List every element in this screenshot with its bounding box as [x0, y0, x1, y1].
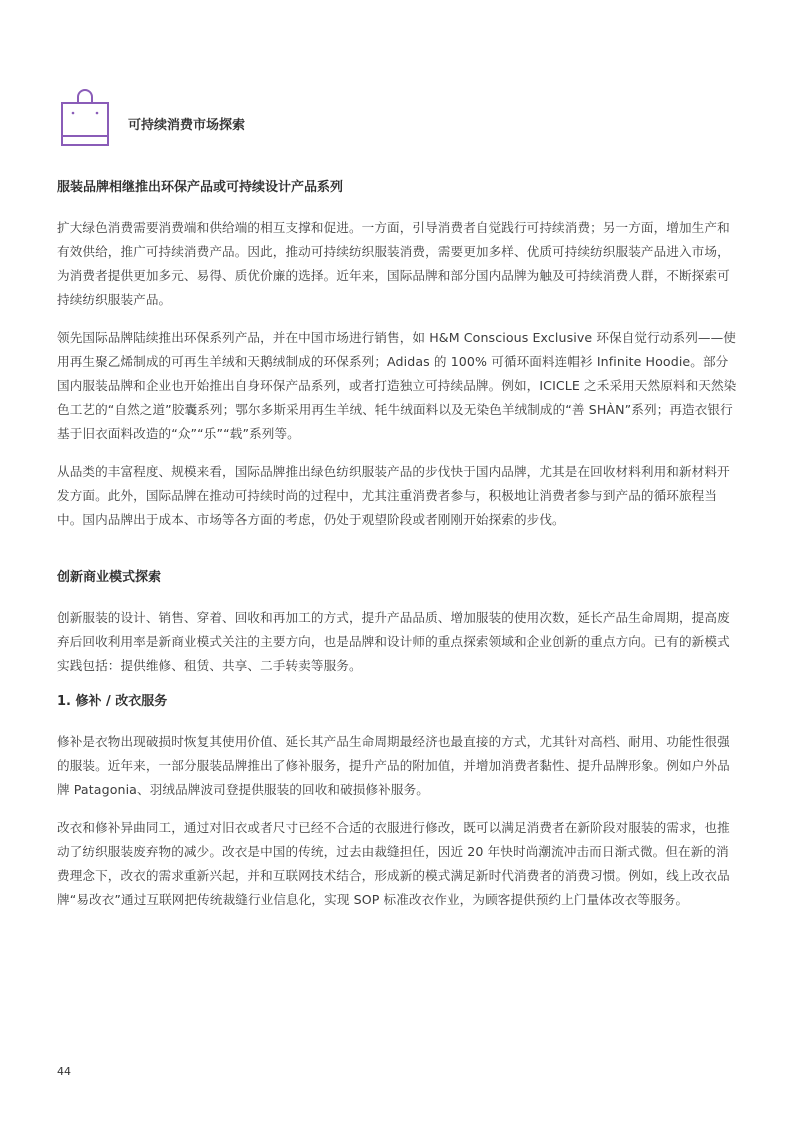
- shopping-bag-icon: [60, 85, 110, 147]
- paragraph: 修补是衣物出现破损时恢复其使用价值、延长其产品生命周期最经济也最直接的方式，尤其…: [57, 730, 737, 802]
- document-page: 可持续消费市场探索 服装品牌相继推出环保产品或可持续设计产品系列 扩大绿色消费需…: [0, 0, 793, 1122]
- paragraph: 创新服装的设计、销售、穿着、回收和再加工的方式，提升产品品质、增加服装的使用次数…: [57, 606, 737, 678]
- paragraph: 领先国际品牌陆续推出环保系列产品，并在中国市场进行销售，如 H&M Consci…: [57, 326, 737, 446]
- section-title-business-models: 创新商业模式探索: [57, 566, 737, 590]
- paragraph: 从品类的丰富程度、规模来看，国际品牌推出绿色纺织服装产品的步伐快于国内品牌，尤其…: [57, 460, 737, 532]
- subsection-title-repair: 1. 修补 / 改衣服务: [57, 690, 737, 714]
- section-title-sustainable-products: 服装品牌相继推出环保产品或可持续设计产品系列: [57, 176, 737, 200]
- paragraph: 改衣和修补异曲同工，通过对旧衣或者尺寸已经不合适的衣服进行修改，既可以满足消费者…: [57, 816, 737, 912]
- page-number: 44: [57, 1065, 71, 1078]
- main-content: 服装品牌相继推出环保产品或可持续设计产品系列 扩大绿色消费需要消费端和供给端的相…: [57, 176, 737, 912]
- header-title: 可持续消费市场探索: [128, 114, 245, 133]
- paragraph: 扩大绿色消费需要消费端和供给端的相互支撑和促进。一方面，引导消费者自觉践行可持续…: [57, 216, 737, 312]
- section-header: 可持续消费市场探索: [60, 84, 245, 148]
